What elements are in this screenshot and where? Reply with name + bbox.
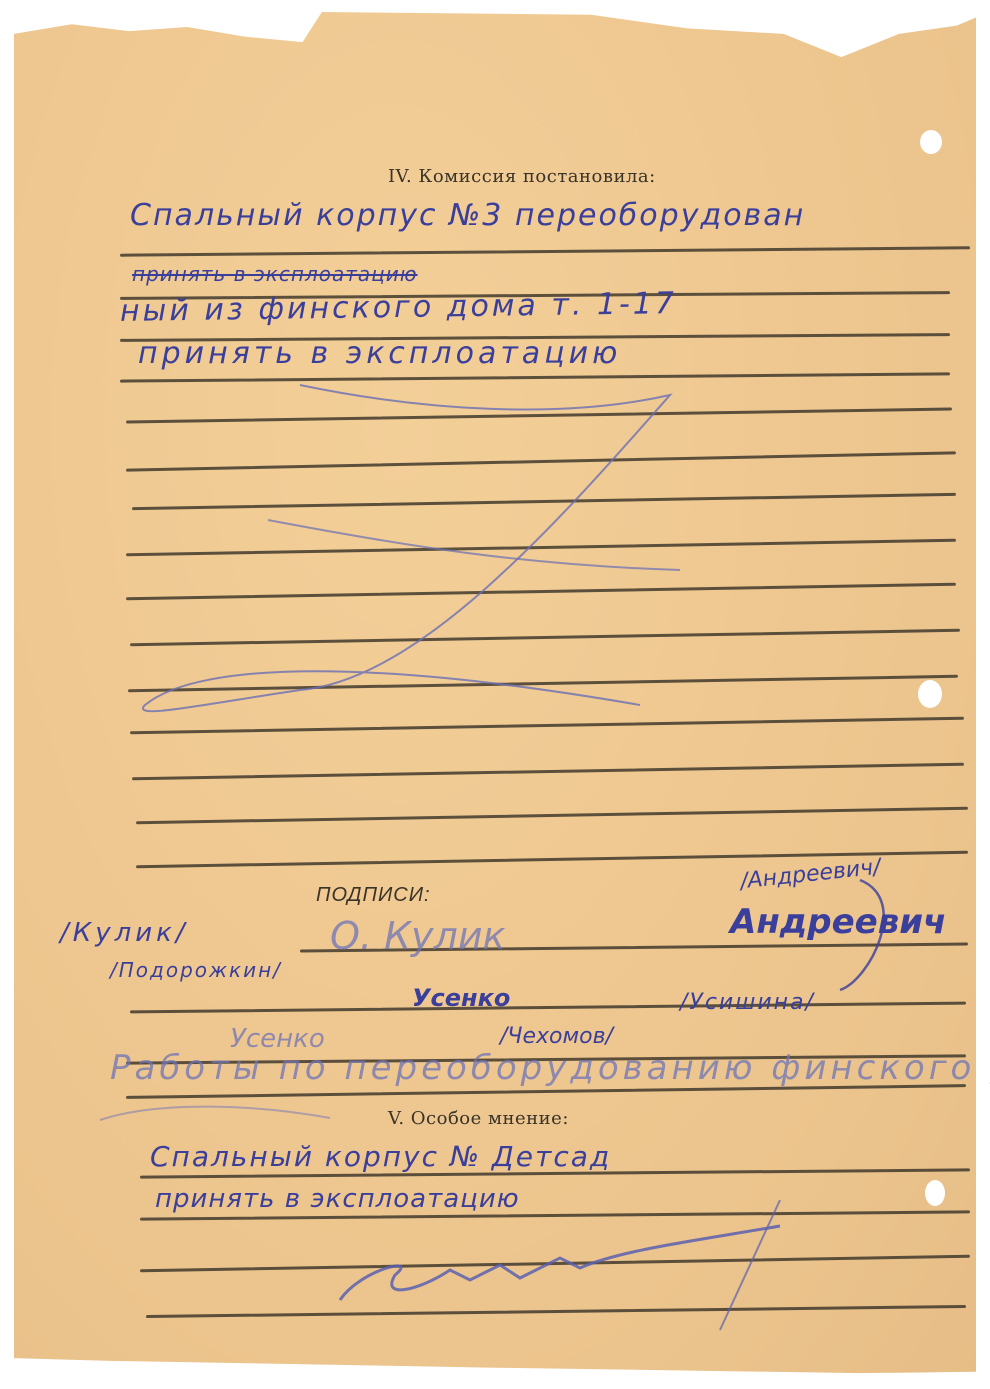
signatory-name: /Кулик/ <box>60 918 189 948</box>
signatures-heading: ПОДПИСИ: <box>316 884 431 907</box>
section-iv-heading: IV. Комиссия постановила: <box>388 166 656 187</box>
handwritten-line: Спальный корпус № Детсад <box>150 1140 611 1173</box>
signature-mark: Андреевич <box>730 902 946 942</box>
punch-hole <box>918 680 942 708</box>
signatory-name: /Усишина/ <box>680 990 815 1015</box>
section-v-heading: V. Особое мнение: <box>388 1108 569 1129</box>
signature-mark: Усенко <box>412 984 510 1012</box>
handwritten-line: принять в эксплоатацию <box>138 336 621 371</box>
faint-handwritten-note: Работы по переоборудованию финского дома <box>110 1048 990 1088</box>
handwritten-line-struck: принять в эксплоатацию <box>132 262 418 286</box>
signature-mark: О. Кулик <box>330 914 505 958</box>
handwritten-line: принять в эксплоатацию <box>155 1184 520 1214</box>
signatory-name: /Чехомов/ <box>500 1024 613 1049</box>
signatory-name: /Подорожкин/ <box>110 958 282 982</box>
handwritten-line: Спальный корпус №3 переоборудован <box>130 198 805 233</box>
punch-hole <box>920 130 942 154</box>
punch-hole <box>925 1180 945 1206</box>
